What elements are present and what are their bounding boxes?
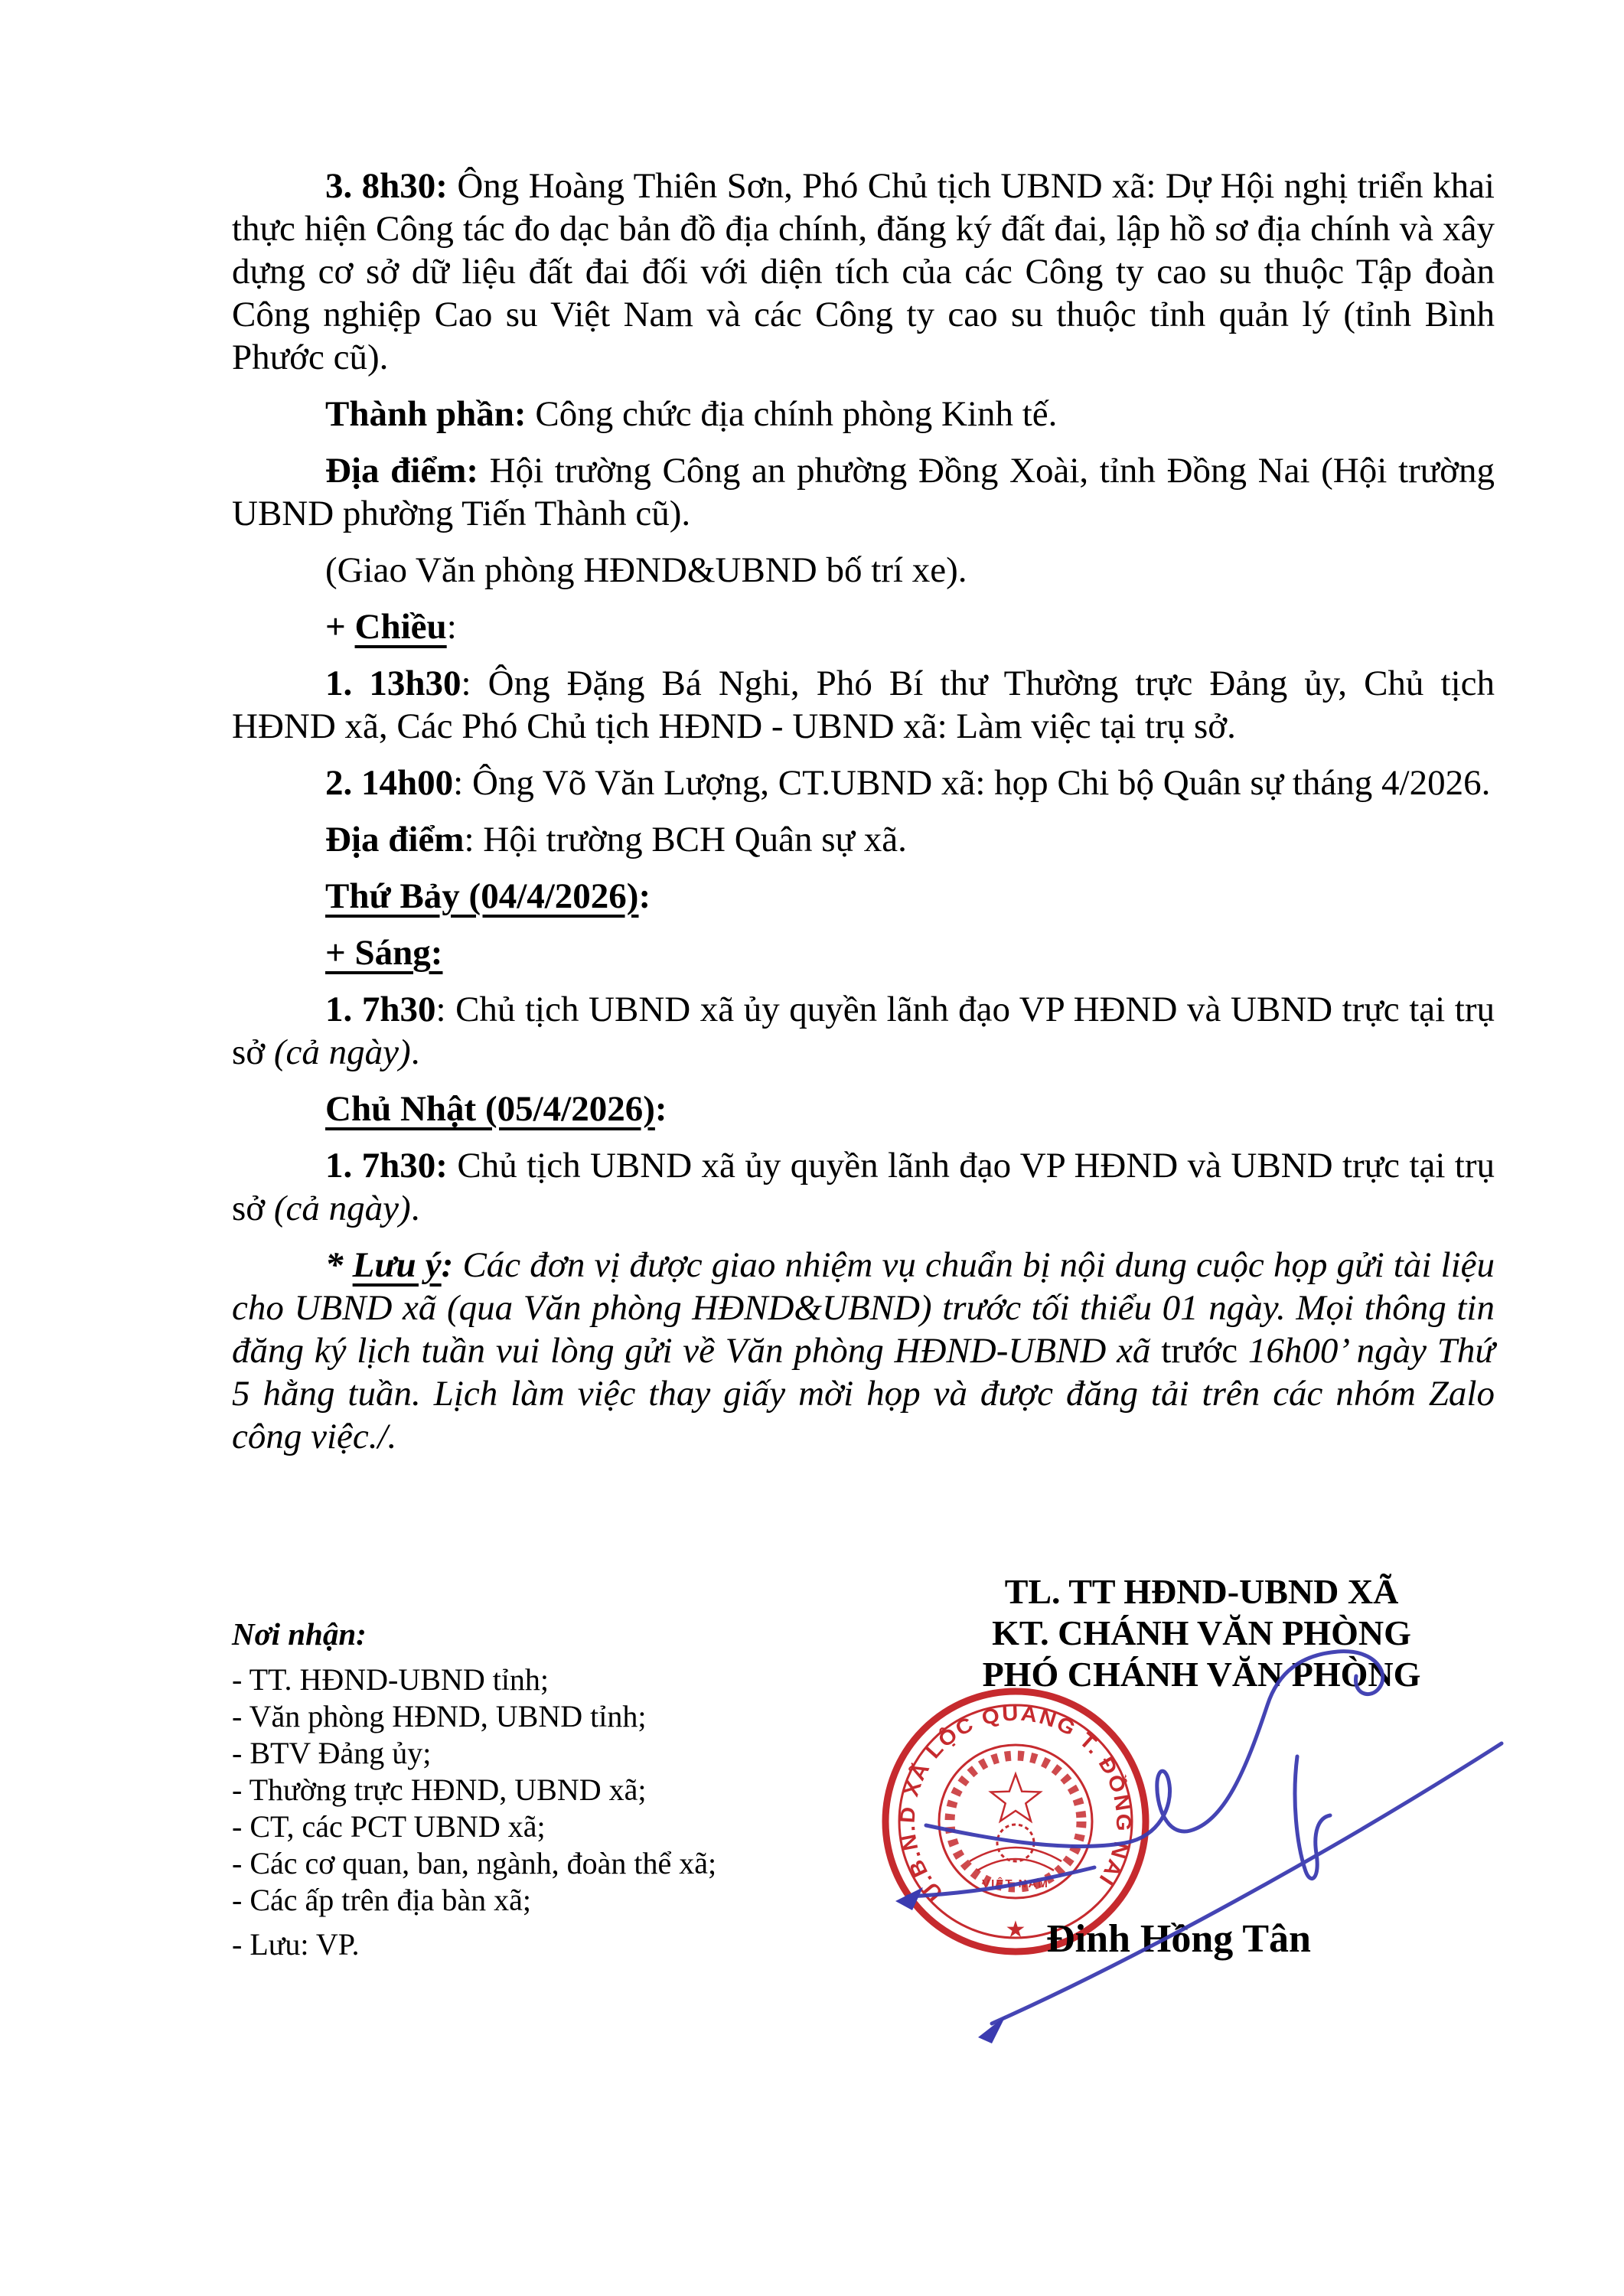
text-segment: 1. 7h30: [325, 1146, 448, 1186]
recipient-item-2: - Văn phòng HĐND, UBND tỉnh; [232, 1698, 716, 1735]
text-segment: : Hội trường BCH Quân sự xã. [464, 820, 906, 859]
text-segment: Thành phần: [325, 394, 535, 434]
text-segment: * [325, 1245, 353, 1285]
text-segment: Chủ Nhật (05/4/2026) [325, 1089, 655, 1129]
text-segment: Địa điểm [325, 820, 464, 859]
paragraph-3: Địa điểm: Hội trường Công an phường Đồng… [232, 449, 1495, 535]
text-segment: . [411, 1032, 420, 1072]
recipient-item-4: - Thường trực HĐND, UBND xã; [232, 1772, 716, 1808]
recipient-list: - TT. HĐND-UBND tỉnh;- Văn phòng HĐND, U… [232, 1662, 716, 1963]
paragraph-12: Chủ Nhật (05/4/2026): [232, 1088, 1495, 1130]
text-segment: : [655, 1089, 667, 1129]
recipient-item-6: - Các cơ quan, ban, ngành, đoàn thể xã; [232, 1845, 716, 1882]
paragraph-8: Địa điểm: Hội trường BCH Quân sự xã. [232, 818, 1495, 861]
paragraph-5: + Chiều: [232, 605, 1495, 648]
paragraph-1: 3. 8h30: Ông Hoàng Thiên Sơn, Phó Chủ tị… [232, 165, 1495, 379]
seal-outer-ring [885, 1691, 1146, 1952]
paragraph-4: (Giao Văn phòng HĐND&UBND bố trí xe). [232, 549, 1495, 592]
recipient-item-7: - Các ấp trên địa bàn xã; [232, 1882, 716, 1919]
text-segment: (cả ngày) [274, 1189, 411, 1228]
text-segment: : Ông Võ Văn Lượng, CT.UBND xã: họp Chi … [453, 763, 1490, 803]
seal-ring-text: U.B.N.D XÃ LỘC QUANG T. ĐỒNG NAI [896, 1702, 1136, 1905]
text-segment: 2. 14h00 [325, 763, 453, 803]
body-paragraphs: 3. 8h30: Ông Hoàng Thiên Sơn, Phó Chủ tị… [232, 165, 1495, 1458]
recipient-item-1: - TT. HĐND-UBND tỉnh; [232, 1662, 716, 1698]
recipient-item-5: - CT, các PCT UBND xã; [232, 1808, 716, 1845]
text-segment: (cả ngày) [274, 1032, 411, 1072]
text-segment: + [325, 607, 355, 647]
paragraph-11: 1. 7h30: Chủ tịch UBND xã ủy quyền lãnh … [232, 988, 1495, 1074]
text-segment: : [447, 607, 457, 647]
text-segment: Công chức địa chính phòng Kinh tế. [535, 394, 1057, 434]
paragraph-9: Thứ Bảy (04/4/2026): [232, 875, 1495, 918]
text-segment: : [442, 1245, 454, 1285]
text-segment: Thứ Bảy (04/4/2026) [325, 876, 638, 916]
signer-name: Đinh Hồng Tân [926, 1916, 1431, 1962]
document-page: 3. 8h30: Ông Hoàng Thiên Sơn, Phó Chủ tị… [0, 0, 1624, 2296]
text-segment: : [638, 876, 651, 916]
text-segment: (Giao Văn phòng HĐND&UBND bố trí xe). [325, 550, 967, 590]
signature-stroke-zigzag [1295, 1756, 1330, 1879]
text-segment: Chiều [355, 607, 447, 647]
text-segment: 1. 13h30 [325, 664, 461, 703]
closing-line-1: TL. TT HĐND-UBND XÃ [903, 1571, 1500, 1613]
paragraph-7: 2. 14h00: Ông Võ Văn Lượng, CT.UBND xã: … [232, 762, 1495, 804]
seal-emblem-circle [939, 1745, 1092, 1898]
text-segment: + Sáng: [325, 933, 442, 973]
paragraph-10: + Sáng: [232, 931, 1495, 974]
recipient-item-8: - Lưu: VP. [232, 1926, 716, 1963]
seal-star-icon [991, 1774, 1041, 1821]
text-segment: . [411, 1189, 420, 1228]
paragraph-14: * Lưu ý: Các đơn vị được giao nhiệm vụ c… [232, 1244, 1495, 1458]
recipients-label: Nơi nhận: [232, 1616, 367, 1652]
signature-arrow-tip-1 [978, 2016, 1006, 2043]
text-segment: Lưu ý [353, 1245, 442, 1285]
paragraph-13: 1. 7h30: Chủ tịch UBND xã ủy quyền lãnh … [232, 1144, 1495, 1230]
seal-cog [997, 1825, 1034, 1861]
recipient-item-3: - BTV Đảng ủy; [232, 1735, 716, 1772]
seal-country-text: VIỆT NAM [982, 1877, 1049, 1890]
text-segment: Địa điểm: [325, 451, 490, 491]
text-segment: trước [1161, 1331, 1238, 1371]
text-segment: 1. 7h30 [325, 990, 435, 1029]
paragraph-6: 1. 13h30: Ông Đặng Bá Nghi, Phó Bí thư T… [232, 662, 1495, 748]
closing-line-2: KT. CHÁNH VĂN PHÒNG [903, 1613, 1500, 1654]
svg-text:U.B.N.D XÃ LỘC QUANG T. ĐỒNG N: U.B.N.D XÃ LỘC QUANG T. ĐỒNG NAI [896, 1702, 1136, 1905]
paragraph-2: Thành phần: Công chức địa chính phòng Ki… [232, 393, 1495, 435]
text-segment: 3. 8h30: [325, 166, 457, 206]
